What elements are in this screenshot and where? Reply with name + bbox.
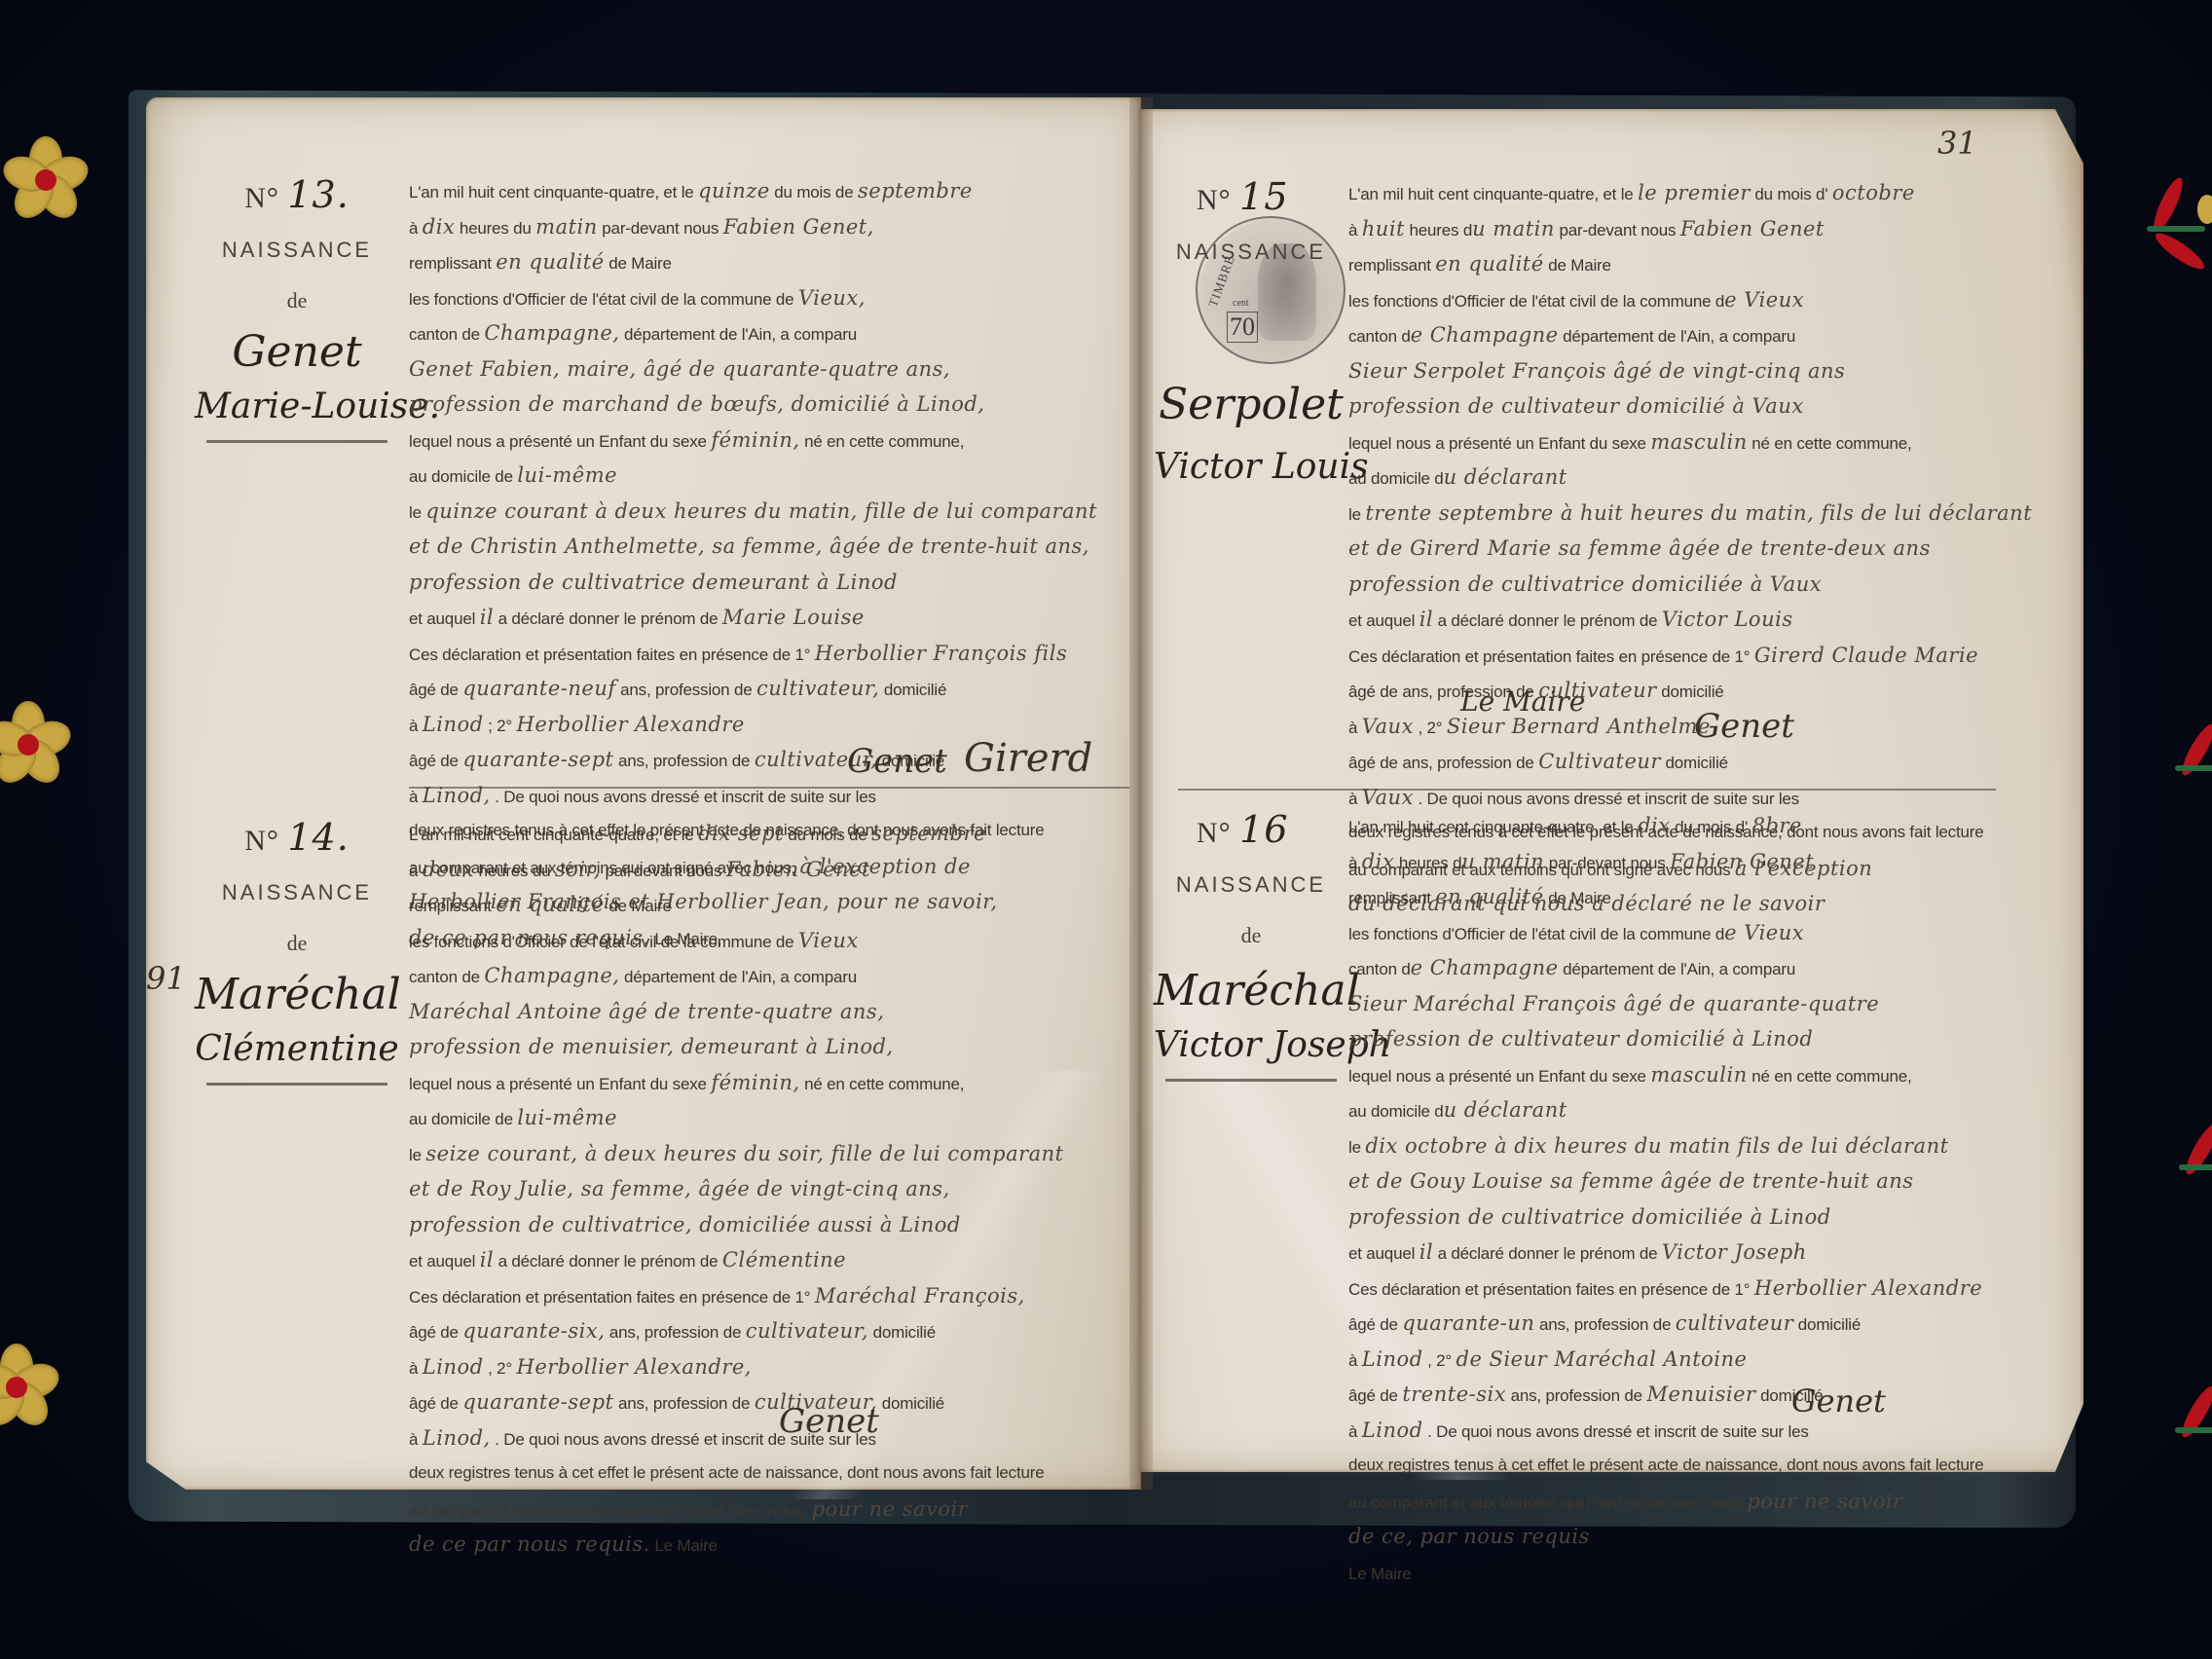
- printed-text: à: [1348, 1351, 1362, 1370]
- printed-text: heures d: [1405, 221, 1472, 240]
- printed-text: et auquel: [1348, 611, 1419, 630]
- handwritten-entry: e Champagne: [1411, 956, 1559, 979]
- register-line: profession de marchand de bœufs, domicil…: [409, 387, 1097, 423]
- register-line: les fonctions d'Officier de l'état civil…: [1348, 915, 1983, 951]
- handwritten-entry: Linod: [423, 1355, 484, 1379]
- register-line: à Linod, . De quoi nous avons dressé et …: [409, 778, 1097, 814]
- child-surname: Serpolet: [1154, 380, 1348, 429]
- child-surname: Genet: [195, 327, 399, 377]
- handwritten-entry: de ce par nous requis.: [409, 1532, 650, 1556]
- embroidered-sprig-decoration: [2147, 175, 2212, 292]
- handwritten-entry: trente septembre à huit heures du matin,…: [1365, 501, 2032, 525]
- printed-text: et auquel: [1348, 1244, 1419, 1263]
- printed-text: domicilié: [877, 1394, 944, 1413]
- handwritten-entry: profession de cultivatrice, domiciliée a…: [409, 1213, 961, 1236]
- printed-text: ans, profession de: [1534, 1315, 1675, 1334]
- printed-text: département de l'Ain, a comparu: [1559, 327, 1796, 346]
- printed-text: a déclaré donner le prénom de: [1433, 1244, 1662, 1263]
- de-label: de: [195, 288, 399, 313]
- handwritten-entry: profession de cultivatrice domiciliée à …: [1348, 572, 1822, 596]
- printed-text: , 2°: [484, 1359, 517, 1378]
- register-line: profession de cultivatrice, domiciliée a…: [409, 1207, 1064, 1243]
- printed-text: ans, profession de: [616, 681, 756, 699]
- printed-text: canton de: [409, 968, 484, 986]
- handwritten-entry: Menuisier: [1646, 1382, 1755, 1406]
- handwritten-entry: Fabien Genet: [726, 858, 870, 881]
- margin-rule: [1165, 1079, 1337, 1082]
- page-number: 31: [1937, 125, 1977, 162]
- signature-genet: Genet: [779, 1402, 879, 1441]
- handwritten-entry: lui-même: [517, 463, 617, 487]
- de-label: de: [195, 931, 399, 956]
- handwritten-entry: féminin,: [711, 428, 799, 452]
- register-line: profession de cultivatrice domiciliée à …: [1348, 567, 2032, 603]
- handwritten-entry: dix: [423, 215, 456, 239]
- register-line: à dix heures du matin par-devant nous Fa…: [1348, 844, 1983, 880]
- handwritten-entry: quarante-sept: [462, 1390, 613, 1414]
- handwritten-entry: huit: [1362, 217, 1405, 240]
- printed-text: Ces déclaration et présentation faites e…: [1348, 1280, 1754, 1299]
- register-line: les fonctions d'Officier de l'état civil…: [409, 280, 1097, 316]
- register-line: profession de menuisier, demeurant à Lin…: [409, 1029, 1064, 1065]
- entry-margin: N° 16 NAISSANCE de Maréchal Victor Josep…: [1154, 808, 1348, 1082]
- printed-text: L'an mil huit cent cinquante-quatre, et …: [409, 183, 698, 202]
- embroidered-sprig-decoration: [2181, 720, 2212, 837]
- printed-text: de Maire: [1544, 256, 1611, 275]
- handwritten-entry: cultivateur,: [746, 1319, 868, 1343]
- handwritten-entry: Herbollier Alexandre: [517, 713, 745, 736]
- handwritten-entry: Fabien Genet,: [723, 215, 874, 239]
- register-line: L'an mil huit cent cinquante-quatre, et …: [1348, 808, 1983, 844]
- margin-rule: [206, 1083, 387, 1086]
- register-line: Ces déclaration et présentation faites e…: [409, 636, 1097, 672]
- register-line: profession de cultivateur domicilié à Va…: [1348, 388, 2032, 424]
- printed-text: domicilié: [1793, 1315, 1861, 1334]
- register-line: au comparant et aux témoins qui n'ont si…: [1348, 1484, 1983, 1520]
- register-line: et de Girerd Marie sa femme âgée de tren…: [1348, 531, 2032, 567]
- embroidered-sprig-decoration: [2185, 1120, 2212, 1236]
- register-line: les fonctions d'Officier de l'état civil…: [1348, 282, 2032, 318]
- embroidered-flower-decoration: [0, 701, 72, 789]
- printed-text: remplissant: [1348, 889, 1435, 907]
- handwritten-entry: u déclarant: [1444, 1098, 1567, 1122]
- entry-margin: N° 15 NAISSANCE Serpolet Victor Louis: [1154, 175, 1348, 487]
- register-line: âgé de quarante-neuf ans, profession de …: [409, 671, 1097, 707]
- handwritten-entry: Linod,: [423, 1426, 491, 1450]
- printed-text: par-devant nous: [598, 219, 723, 238]
- printed-text: à: [409, 1359, 423, 1378]
- printed-text: lequel nous a présenté un Enfant du sexe: [1348, 434, 1650, 453]
- register-line: Le Maire: [1348, 1555, 1983, 1591]
- handwritten-entry: octobre: [1832, 181, 1915, 204]
- register-line: lequel nous a présenté un Enfant du sexe…: [409, 423, 1097, 459]
- register-line: âgé de quarante-six, ans, profession de …: [409, 1313, 1064, 1349]
- register-line: canton de Champagne département de l'Ain…: [1348, 950, 1983, 986]
- printed-text: remplissant: [409, 254, 496, 273]
- register-line: au domicile du déclarant: [1348, 460, 2032, 496]
- handwritten-entry: féminin,: [711, 1071, 799, 1094]
- handwritten-entry: Maréchal François,: [815, 1284, 1025, 1308]
- printed-text: les fonctions d'Officier de l'état civil…: [409, 290, 798, 309]
- printed-text: ans, profession de: [613, 1394, 754, 1413]
- printed-text: ans, profession de: [1402, 754, 1538, 772]
- printed-text: de Maire: [1544, 889, 1611, 907]
- embroidered-sprig-decoration: [2181, 1382, 2212, 1499]
- register-line: à deux heures du soir, par-devant nous F…: [409, 852, 1064, 888]
- printed-text: L'an mil huit cent cinquante-quatre, et …: [1348, 818, 1638, 836]
- printed-text: domicilié: [868, 1323, 936, 1342]
- child-surname: Maréchal: [1154, 966, 1348, 1015]
- margin-rule: [206, 440, 387, 443]
- printed-text: , 2°: [1423, 1351, 1456, 1370]
- printed-text: et auquel: [409, 609, 480, 628]
- printed-text: âgé de: [1348, 1386, 1402, 1405]
- handwritten-entry: profession de cultivatrice domiciliée à …: [1348, 1205, 1831, 1229]
- number-label: N°: [244, 182, 279, 214]
- entry-number: 16: [1239, 808, 1288, 851]
- handwritten-entry: quarante-six,: [462, 1319, 605, 1343]
- child-given-names: Marie-Louise.: [195, 387, 399, 426]
- handwritten-entry: Fabien Genet: [1670, 850, 1814, 873]
- printed-text: a déclaré donner le prénom de: [494, 1252, 722, 1271]
- handwritten-entry: u matin: [1472, 217, 1555, 240]
- register-line: les fonctions d'Officier de l'état civil…: [409, 923, 1064, 959]
- entry-number: 15: [1239, 175, 1288, 218]
- de-label: de: [1154, 923, 1348, 948]
- handwritten-entry: profession de cultivateur domicilié à Va…: [1348, 394, 1804, 418]
- handwritten-entry: de Sieur Maréchal Antoine: [1456, 1347, 1748, 1371]
- printed-text: à: [409, 862, 423, 880]
- printed-text: le: [1348, 505, 1365, 524]
- handwritten-entry: dix-sept: [698, 822, 784, 845]
- printed-text: à: [1348, 854, 1362, 872]
- signature-genet: Genet: [847, 742, 947, 781]
- handwritten-entry: Sieur Maréchal François âgé de quarante-…: [1348, 992, 1879, 1015]
- handwritten-entry: e Champagne: [1411, 323, 1559, 347]
- handwritten-entry: Sieur Bernard Anthelme: [1447, 715, 1711, 738]
- register-line: deux registres tenus à cet effet le prés…: [1348, 1448, 1983, 1484]
- handwritten-entry: et de Girerd Marie sa femme âgée de tren…: [1348, 536, 1931, 560]
- register-line: remplissant en qualité de Maire: [1348, 246, 2032, 282]
- register-line: L'an mil huit cent cinquante-quatre, et …: [409, 816, 1064, 852]
- signature-genet: Genet: [1791, 1382, 1886, 1419]
- entry-number: 14.: [287, 816, 349, 859]
- handwritten-entry: Cultivateur: [1538, 750, 1661, 773]
- register-line: Genet Fabien, maire, âgé de quarante-qua…: [409, 351, 1097, 387]
- register-line: Ces déclaration et présentation faites e…: [1348, 1271, 1983, 1307]
- register-line: âgé de trente-six ans, profession de Men…: [1348, 1377, 1983, 1413]
- handwritten-entry: de ce, par nous requis: [1348, 1525, 1590, 1548]
- register-line: lequel nous a présenté un Enfant du sexe…: [409, 1065, 1064, 1101]
- book-gutter: [1129, 97, 1153, 1490]
- printed-text: âgé de: [1348, 754, 1402, 772]
- register-line: lequel nous a présenté un Enfant du sexe…: [1348, 1057, 1983, 1093]
- printed-text: , 2°: [1414, 719, 1447, 737]
- printed-text: à: [1348, 719, 1362, 737]
- printed-text: Le Maire: [650, 1536, 718, 1555]
- register-line: et de Gouy Louise sa femme âgée de trent…: [1348, 1163, 1983, 1199]
- register-line: Sieur Maréchal François âgé de quarante-…: [1348, 986, 1983, 1022]
- printed-text: né en cette commune,: [1748, 1067, 1912, 1086]
- register-line: à Linod, . De quoi nous avons dressé et …: [409, 1420, 1064, 1456]
- handwritten-entry: masculin: [1650, 1063, 1747, 1087]
- register-line: et auquel il a déclaré donner le prénom …: [409, 1242, 1064, 1278]
- register-line: profession de cultivateur domicilié à Li…: [1348, 1021, 1983, 1057]
- printed-text: Ces déclaration et présentation faites e…: [409, 1288, 815, 1307]
- handwritten-entry: en qualité: [1435, 252, 1543, 276]
- register-line: et de Roy Julie, sa femme, âgée de vingt…: [409, 1171, 1064, 1207]
- register-line: de ce, par nous requis: [1348, 1519, 1983, 1555]
- handwritten-entry: Linod: [1362, 1419, 1423, 1442]
- register-line: le quinze courant à deux heures du matin…: [409, 494, 1097, 530]
- naissance-heading: NAISSANCE: [1154, 240, 1348, 265]
- child-surname: Maréchal: [195, 970, 399, 1019]
- register-line: au comparant et aux témoins qui n'ont si…: [409, 1492, 1064, 1528]
- handwritten-entry: en qualité: [1435, 885, 1543, 908]
- handwritten-entry: Victor Joseph: [1662, 1240, 1807, 1264]
- printed-text: par-devant nous: [1544, 854, 1670, 872]
- printed-text: a déclaré donner le prénom de: [1433, 611, 1662, 630]
- register-line: le dix octobre à dix heures du matin fil…: [1348, 1128, 1983, 1164]
- entry-body: L'an mil huit cent cinquante-quatre, et …: [409, 816, 1064, 1563]
- printed-text: par-devant nous: [601, 862, 726, 880]
- handwritten-entry: en qualité: [496, 250, 604, 274]
- printed-text: et auquel: [409, 1252, 480, 1271]
- handwritten-entry: Vieux: [798, 929, 859, 952]
- printed-text: âgé de: [409, 1394, 462, 1413]
- register-line: âgé de ans, profession de Cultivateur do…: [1348, 744, 2032, 780]
- handwritten-entry: matin: [535, 215, 598, 239]
- handwritten-entry: Herbollier Alexandre: [1754, 1276, 1982, 1300]
- register-line: à Linod . De quoi nous avons dressé et i…: [1348, 1413, 1983, 1449]
- printed-text: âgé de: [409, 752, 462, 770]
- printed-text: canton d: [1348, 960, 1411, 978]
- printed-text: département de l'Ain, a comparu: [619, 968, 857, 986]
- handwritten-entry: Sieur Serpolet François âgé de vingt-cin…: [1348, 359, 1845, 383]
- printed-text: . De quoi nous avons dressé et inscrit d…: [491, 788, 876, 806]
- handwritten-entry: e Vieux: [1724, 288, 1804, 312]
- handwritten-entry: profession de marchand de bœufs, domicil…: [409, 392, 984, 416]
- handwritten-entry: Linod: [423, 713, 484, 736]
- register-line: et auquel il a déclaré donner le prénom …: [409, 600, 1097, 636]
- printed-text: . De quoi nous avons dressé et inscrit d…: [1414, 790, 1799, 808]
- handwritten-entry: pour ne savoir: [1747, 1490, 1903, 1513]
- handwritten-entry: septembre: [858, 179, 973, 203]
- handwritten-entry: lui-même: [517, 1106, 617, 1129]
- printed-text: ; 2°: [484, 717, 517, 735]
- handwritten-entry: Vaux: [1362, 715, 1414, 738]
- handwritten-entry: deux: [423, 858, 474, 881]
- printed-text: département de l'Ain, a comparu: [1559, 960, 1796, 978]
- handwritten-entry: profession de menuisier, demeurant à Lin…: [409, 1035, 894, 1058]
- register-line: à Linod , 2° Herbollier Alexandre,: [409, 1349, 1064, 1385]
- printed-text: heures du: [474, 862, 555, 880]
- printed-text: lequel nous a présenté un Enfant du sexe: [409, 1075, 711, 1093]
- entry-margin: N° 14. NAISSANCE de Maréchal Clémentine …: [195, 816, 399, 1086]
- printed-text: les fonctions d'Officier de l'état civil…: [409, 933, 798, 951]
- handwritten-entry: dix octobre à dix heures du matin fils d…: [1365, 1134, 1948, 1158]
- printed-text: au comparant et aux témoins qui n'ont si…: [409, 1501, 812, 1520]
- printed-text: de Maire: [605, 254, 672, 273]
- printed-text: le: [1348, 1138, 1365, 1157]
- handwritten-entry: il: [1419, 1240, 1433, 1264]
- printed-text: né en cette commune,: [800, 1075, 965, 1093]
- register-line: de ce par nous requis. Le Maire: [409, 1527, 1064, 1563]
- register-line: remplissant en qualité de Maire: [1348, 879, 1983, 915]
- handwritten-entry: quarante-sept: [462, 748, 613, 771]
- handwritten-entry: masculin: [1650, 430, 1747, 454]
- handwritten-entry: u déclarant: [1444, 465, 1567, 489]
- register-line: deux registres tenus à cet effet le prés…: [409, 1456, 1064, 1492]
- handwritten-entry: dix: [1638, 814, 1671, 837]
- handwritten-entry: Champagne,: [484, 964, 619, 987]
- handwritten-entry: soir,: [555, 858, 601, 881]
- handwritten-entry: Vieux,: [798, 286, 866, 310]
- register-line: remplissant en qualité de Maire: [409, 244, 1097, 280]
- printed-text: ans, profession de: [605, 1323, 745, 1342]
- printed-text: à: [1348, 221, 1362, 240]
- register-line: au domicile du déclarant: [1348, 1092, 1983, 1128]
- register-line: à Vaux , 2° Sieur Bernard Anthelme: [1348, 709, 2032, 745]
- handwritten-entry: cultivateur,: [756, 677, 879, 700]
- handwritten-entry: u matin: [1461, 850, 1544, 873]
- handwritten-entry: cultivateur: [1676, 1311, 1793, 1335]
- register-line: profession de cultivatrice domiciliée à …: [1348, 1199, 1983, 1235]
- handwritten-entry: Linod: [1362, 1347, 1423, 1371]
- register-line: canton de Champagne, département de l'Ai…: [409, 958, 1064, 994]
- printed-text: à: [1348, 790, 1362, 808]
- register-line: canton de Champagne, département de l'Ai…: [409, 315, 1097, 351]
- printed-text: Ces déclaration et présentation faites e…: [1348, 647, 1754, 666]
- register-line: Ces déclaration et présentation faites e…: [1348, 638, 2032, 674]
- handwritten-entry: Victor Louis: [1662, 608, 1793, 631]
- handwritten-entry: Genet Fabien, maire, âgé de quarante-qua…: [409, 357, 950, 381]
- printed-text: . De quoi nous avons dressé et inscrit d…: [1423, 1422, 1809, 1441]
- register-line: profession de cultivatrice demeurant à L…: [409, 565, 1097, 601]
- printed-text: au comparant et aux témoins qui n'ont si…: [1348, 1493, 1747, 1512]
- number-label: N°: [244, 825, 279, 857]
- printed-text: à: [409, 788, 423, 806]
- handwritten-entry: quinze: [698, 179, 770, 203]
- handwritten-entry: et de Christin Anthelmette, sa femme, âg…: [409, 535, 1089, 558]
- naissance-heading: NAISSANCE: [195, 238, 399, 263]
- printed-text: lequel nous a présenté un Enfant du sexe: [409, 432, 711, 451]
- handwritten-entry: il: [480, 1248, 494, 1272]
- printed-text: département de l'Ain, a comparu: [619, 325, 857, 344]
- printed-text: du mois d': [1751, 185, 1832, 203]
- register-line: L'an mil huit cent cinquante-quatre, et …: [409, 173, 1097, 209]
- handwritten-entry: quarante-neuf: [462, 677, 615, 700]
- printed-text: canton de: [409, 325, 484, 344]
- handwritten-entry: dix: [1362, 850, 1395, 873]
- printed-text: de Maire: [605, 897, 672, 915]
- printed-text: à: [1348, 1422, 1362, 1441]
- printed-text: Le Maire: [1348, 1565, 1412, 1583]
- register-line: le trente septembre à huit heures du mat…: [1348, 496, 2032, 532]
- printed-text: du mois d': [1671, 818, 1752, 836]
- register-line: à dix heures du matin par-devant nous Fa…: [409, 209, 1097, 245]
- signature-le-maire: Le Maire: [1460, 685, 1585, 718]
- register-line: Ces déclaration et présentation faites e…: [409, 1278, 1064, 1314]
- printed-text: au domicile de: [409, 467, 517, 486]
- printed-text: du mois de: [784, 826, 871, 844]
- printed-text: lequel nous a présenté un Enfant du sexe: [1348, 1067, 1650, 1086]
- printed-text: par-devant nous: [1555, 221, 1680, 240]
- printed-text: Ces déclaration et présentation faites e…: [409, 645, 815, 664]
- printed-text: les fonctions d'Officier de l'état civil…: [1348, 292, 1724, 311]
- printed-text: à: [409, 717, 423, 735]
- handwritten-entry: profession de cultivateur domicilié à Li…: [1348, 1027, 1813, 1051]
- handwritten-entry: pour ne savoir: [812, 1497, 969, 1521]
- handwritten-entry: Marie Louise: [722, 606, 865, 629]
- printed-text: deux registres tenus à cet effet le prés…: [1348, 1456, 1983, 1474]
- handwritten-entry: septembre: [871, 822, 986, 845]
- printed-text: remplissant: [409, 897, 496, 915]
- printed-text: ans, profession de: [613, 752, 754, 770]
- register-line: canton de Champagne département de l'Ain…: [1348, 317, 2032, 353]
- embroidered-flower-decoration: [0, 1344, 60, 1431]
- printed-text: âgé de: [1348, 1315, 1402, 1334]
- printed-text: le: [409, 503, 425, 522]
- printed-text: ans, profession de: [1506, 1386, 1646, 1405]
- register-line: à Linod , 2° de Sieur Maréchal Antoine: [1348, 1342, 1983, 1378]
- entry-separator: [1178, 789, 1996, 791]
- printed-text: canton d: [1348, 327, 1411, 346]
- printed-text: âgé de: [409, 681, 462, 699]
- number-label: N°: [1197, 817, 1232, 849]
- handwritten-entry: Girerd Claude Marie: [1754, 644, 1978, 667]
- printed-text: au domicile de: [409, 1110, 517, 1128]
- entry-margin: N° 13. NAISSANCE de Genet Marie-Louise.: [195, 173, 399, 443]
- register-line: remplissant en qualité de Maire: [409, 887, 1064, 923]
- printed-text: le: [409, 1146, 425, 1164]
- register-line: au domicile de lui-même: [409, 1100, 1064, 1136]
- handwritten-entry: seize courant, à deux heures du soir, fi…: [425, 1142, 1063, 1165]
- handwritten-entry: en qualité: [496, 893, 604, 916]
- register-line: et auquel il a déclaré donner le prénom …: [1348, 1235, 1983, 1271]
- printed-text: à: [409, 1430, 423, 1449]
- printed-text: né en cette commune,: [1748, 434, 1912, 453]
- printed-text: à: [409, 219, 423, 238]
- printed-text: heures d: [1394, 854, 1461, 872]
- register-line: Sieur Serpolet François âgé de vingt-cin…: [1348, 353, 2032, 389]
- register-line: L'an mil huit cent cinquante-quatre, et …: [1348, 175, 2032, 211]
- printed-text: âgé de: [409, 1323, 462, 1342]
- register-line: âgé de quarante-sept ans, profession de …: [409, 1384, 1064, 1420]
- entry-body: L'an mil huit cent cinquante-quatre, et …: [1348, 808, 1983, 1590]
- handwritten-entry: trente-six: [1402, 1382, 1506, 1406]
- printed-text: domicilié: [1661, 754, 1728, 772]
- register-line: Maréchal Antoine âgé de trente-quatre an…: [409, 994, 1064, 1030]
- printed-text: a déclaré donner le prénom de: [494, 609, 722, 628]
- number-label: N°: [1197, 184, 1232, 216]
- handwritten-entry: Clémentine: [722, 1248, 846, 1272]
- entry-separator: [409, 787, 1129, 789]
- child-given-names: Victor Louis: [1154, 447, 1348, 487]
- child-given-names: Victor Joseph: [1154, 1025, 1348, 1065]
- handwritten-entry: et de Gouy Louise sa femme âgée de trent…: [1348, 1169, 1914, 1193]
- printed-text: âgé de: [1348, 682, 1402, 701]
- printed-text: L'an mil huit cent cinquante-quatre, et …: [1348, 185, 1638, 203]
- register-line: lequel nous a présenté un Enfant du sexe…: [1348, 424, 2032, 461]
- printed-text: deux registres tenus à cet effet le prés…: [409, 1463, 1044, 1482]
- handwritten-entry: quarante-un: [1402, 1311, 1534, 1335]
- signature-girerd: Girerd: [964, 736, 1092, 781]
- printed-text: domicilié: [879, 681, 946, 699]
- register-line: âgé de ans, profession de cultivateur do…: [1348, 673, 2032, 709]
- printed-text: au domicile d: [1348, 1102, 1444, 1121]
- child-given-names: Clémentine: [195, 1029, 399, 1069]
